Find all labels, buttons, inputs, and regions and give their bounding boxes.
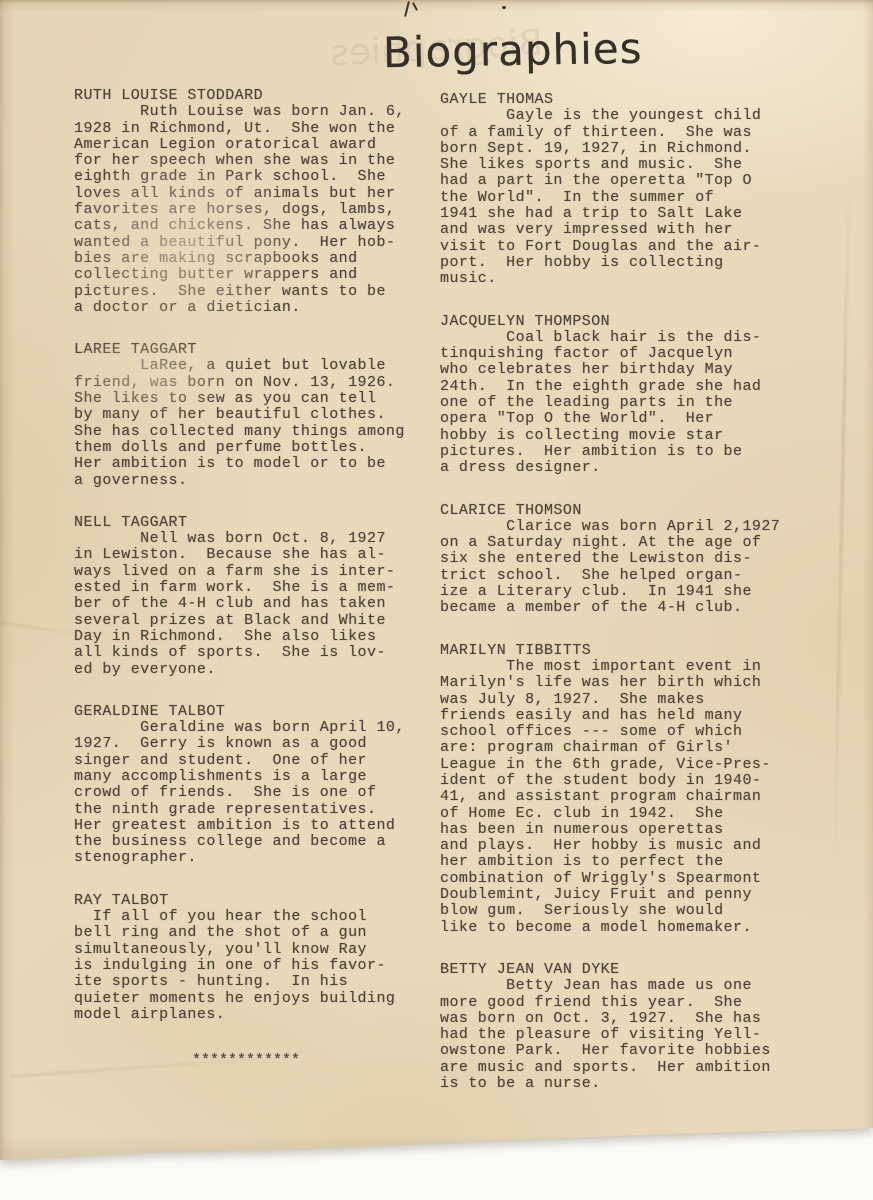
right-column: GAYLE THOMAS Gayle is the youngest child…	[440, 92, 840, 1118]
paper-sheet: Biographies Biographies RUTH LOUISE STOD…	[0, 0, 873, 1162]
bio-heading: RAY TALBOT	[74, 893, 446, 909]
bio-section-jacquelyn-thompson: JACQUELYN THOMPSON Coal black hair is th…	[440, 314, 840, 477]
bio-body: Coal black hair is the dis- tinquishing …	[440, 330, 840, 477]
bio-body: Nell was born Oct. 8, 1927 in Lewiston. …	[74, 531, 446, 678]
bio-body: Ruth Louise was born Jan. 6, 1928 in Ric…	[74, 104, 446, 316]
bio-section-gayle-thomas: GAYLE THOMAS Gayle is the youngest child…	[440, 92, 840, 288]
bio-body: Betty Jean has made us one more good fri…	[440, 978, 840, 1092]
pen-stray-mark	[404, 1, 410, 17]
bio-heading: CLARICE THOMSON	[440, 503, 840, 519]
bio-section-ruth-stoddard: RUTH LOUISE STODDARD Ruth Louise was bor…	[74, 88, 446, 316]
bio-heading: LAREE TAGGART	[74, 342, 446, 358]
bio-section-betty-jean-van-dyke: BETTY JEAN VAN DYKE Betty Jean has made …	[440, 962, 840, 1092]
scanned-document-page: Biographies Biographies RUTH LOUISE STOD…	[0, 0, 873, 1200]
bio-section-clarice-thomson: CLARICE THOMSON Clarice was born April 2…	[440, 503, 840, 617]
page-title: Biographies	[383, 28, 643, 75]
bio-heading: GAYLE THOMAS	[440, 92, 840, 108]
bio-body: The most important event in Marilyn's li…	[440, 659, 840, 936]
bio-body: Geraldine was born April 10, 1927. Gerry…	[74, 720, 446, 867]
bio-body: Clarice was born April 2,1927 on a Satur…	[440, 519, 840, 617]
bio-section-laree-taggart: LAREE TAGGART LaRee, a quiet but lovable…	[74, 342, 446, 489]
bio-heading: RUTH LOUISE STODDARD	[74, 88, 446, 104]
left-column: RUTH LOUISE STODDARD Ruth Louise was bor…	[74, 88, 446, 1069]
bio-section-nell-taggart: NELL TAGGART Nell was born Oct. 8, 1927 …	[74, 515, 446, 678]
bio-heading: NELL TAGGART	[74, 515, 446, 531]
bio-body: Gayle is the youngest child of a family …	[440, 108, 840, 287]
bio-heading: MARILYN TIBBITTS	[440, 643, 840, 659]
bio-section-ray-talbot: RAY TALBOT If all of you hear the school…	[74, 893, 446, 1023]
pen-stray-mark	[412, 2, 418, 11]
bio-heading: BETTY JEAN VAN DYKE	[440, 962, 840, 978]
bio-heading: GERALDINE TALBOT	[74, 704, 446, 720]
asterisk-divider: ************	[192, 1053, 446, 1069]
bio-body: LaRee, a quiet but lovable friend, was b…	[74, 358, 446, 488]
bio-section-geraldine-talbot: GERALDINE TALBOT Geraldine was born Apri…	[74, 704, 446, 867]
bio-section-marilyn-tibbitts: MARILYN TIBBITTS The most important even…	[440, 643, 840, 936]
bio-body: If all of you hear the school bell ring …	[74, 909, 446, 1023]
bio-heading: JACQUELYN THOMPSON	[440, 314, 840, 330]
pen-stray-dot	[502, 6, 506, 9]
